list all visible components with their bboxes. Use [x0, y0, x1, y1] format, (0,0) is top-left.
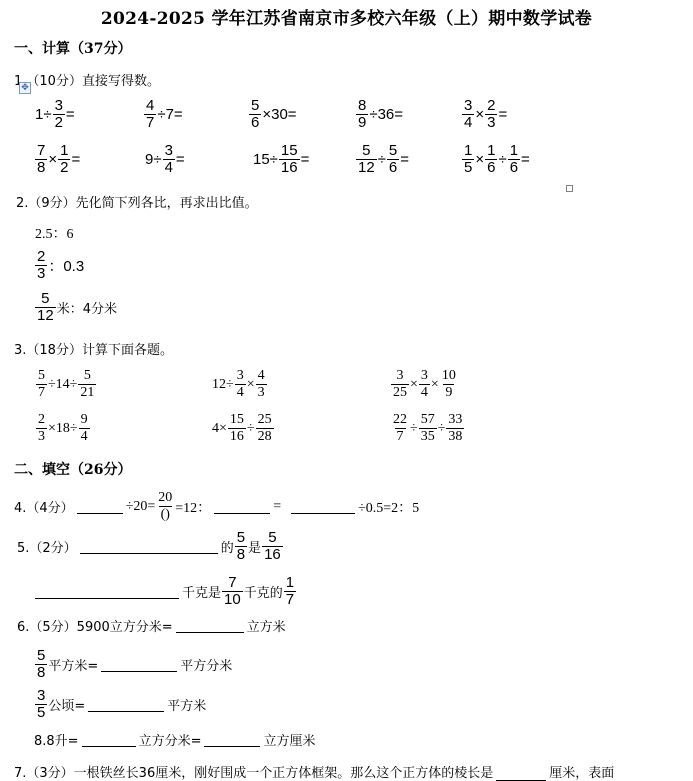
q1-item-6: 78 × 12 =	[34, 143, 80, 176]
exam-title: 2024-2025 学年江苏省南京市多校六年级（上）期中数学试卷	[0, 4, 693, 29]
q1-item-5: 34 × 23 =	[461, 98, 507, 131]
q6-blank-1[interactable]	[176, 618, 244, 633]
q3-item-5: 4× 1516 ÷ 2528	[212, 412, 275, 445]
q6-line-3: 35 公顷= 平方米	[34, 688, 206, 721]
q2-item-1: 2.5：6	[35, 223, 74, 243]
q6-blank-2[interactable]	[101, 657, 177, 672]
q3-item-6: 227 ÷ 5735 ÷ 3338	[390, 412, 465, 445]
q6-label: 6.（5分）5900立方分米=	[17, 616, 173, 635]
q6-line-1: 6.（5分）5900立方分米= 立方米	[17, 616, 286, 635]
table-move-handle-icon[interactable]: ✥	[19, 82, 31, 94]
resize-handle-icon[interactable]	[566, 185, 573, 192]
q6-blank-4[interactable]	[82, 732, 136, 747]
q7-blank-1[interactable]	[496, 766, 546, 781]
q3-item-3: 325 × 34 × 109	[390, 368, 459, 401]
q2-item-3: 512 米：4分米	[34, 291, 117, 324]
q5-label: 5.（2分）	[17, 537, 77, 556]
q1-item-3: 56 ×30=	[248, 98, 297, 131]
q2-label: 2.（9分）先化简下列各比，再求出比值。	[16, 192, 258, 211]
q3-item-4: 23 ×18÷ 94	[35, 412, 91, 445]
q1-item-7: 9÷ 34 =	[145, 143, 185, 176]
q1-item-1: 1÷ 32 =	[35, 98, 75, 131]
q1-item-10: 15 × 16 ÷ 16 =	[461, 143, 530, 176]
q5-blank-2[interactable]	[35, 584, 179, 599]
q1-item-9: 512 ÷ 56 =	[355, 143, 409, 176]
q1-label: 1.（10分）直接写得数。	[14, 70, 160, 89]
q6-line-2: 58 平方米= 平方分米	[34, 648, 232, 681]
q5-line-2: 千克是 710 千克的 17	[32, 575, 297, 608]
q1-item-8: 15÷ 1516 =	[253, 143, 309, 176]
q7-label: 7.（3分）一根铁丝长36厘米，刚好围成一个正方体框架。那么这个正方体的棱长是	[14, 762, 493, 781]
q5-line-1: 5.（2分） 的 58 是 516	[17, 530, 284, 563]
q6-blank-5[interactable]	[204, 732, 260, 747]
q1-item-4: 89 ÷36=	[355, 98, 403, 131]
q3-item-1: 57 ÷14÷ 521	[35, 368, 97, 401]
q4-line: 4.（4分） ÷20= 20() =12： = ÷0.5=2：5	[14, 490, 419, 523]
section-fill-heading: 二、填空（26分）	[14, 459, 131, 479]
q4-label: 4.（4分）	[14, 497, 74, 516]
q4-blank-3[interactable]	[291, 499, 355, 514]
q7-line: 7.（3分）一根铁丝长36厘米，刚好围成一个正方体框架。那么这个正方体的棱长是 …	[14, 762, 614, 781]
q3-label: 3.（18分）计算下面各题。	[14, 339, 173, 358]
q2-item-2: 23 ：0.3	[34, 249, 84, 282]
q6-blank-3[interactable]	[88, 697, 164, 712]
q3-item-2: 12÷ 34 × 43	[212, 368, 268, 401]
q4-blank-1[interactable]	[77, 499, 123, 514]
section-calc-heading: 一、计算（37分）	[14, 38, 131, 58]
q6-line-4: 8.8升= 立方分米= 立方厘米	[34, 730, 316, 749]
q1-item-2: 47 ÷7=	[143, 98, 183, 131]
q5-blank-1[interactable]	[80, 539, 218, 554]
q4-blank-2[interactable]	[214, 499, 270, 514]
